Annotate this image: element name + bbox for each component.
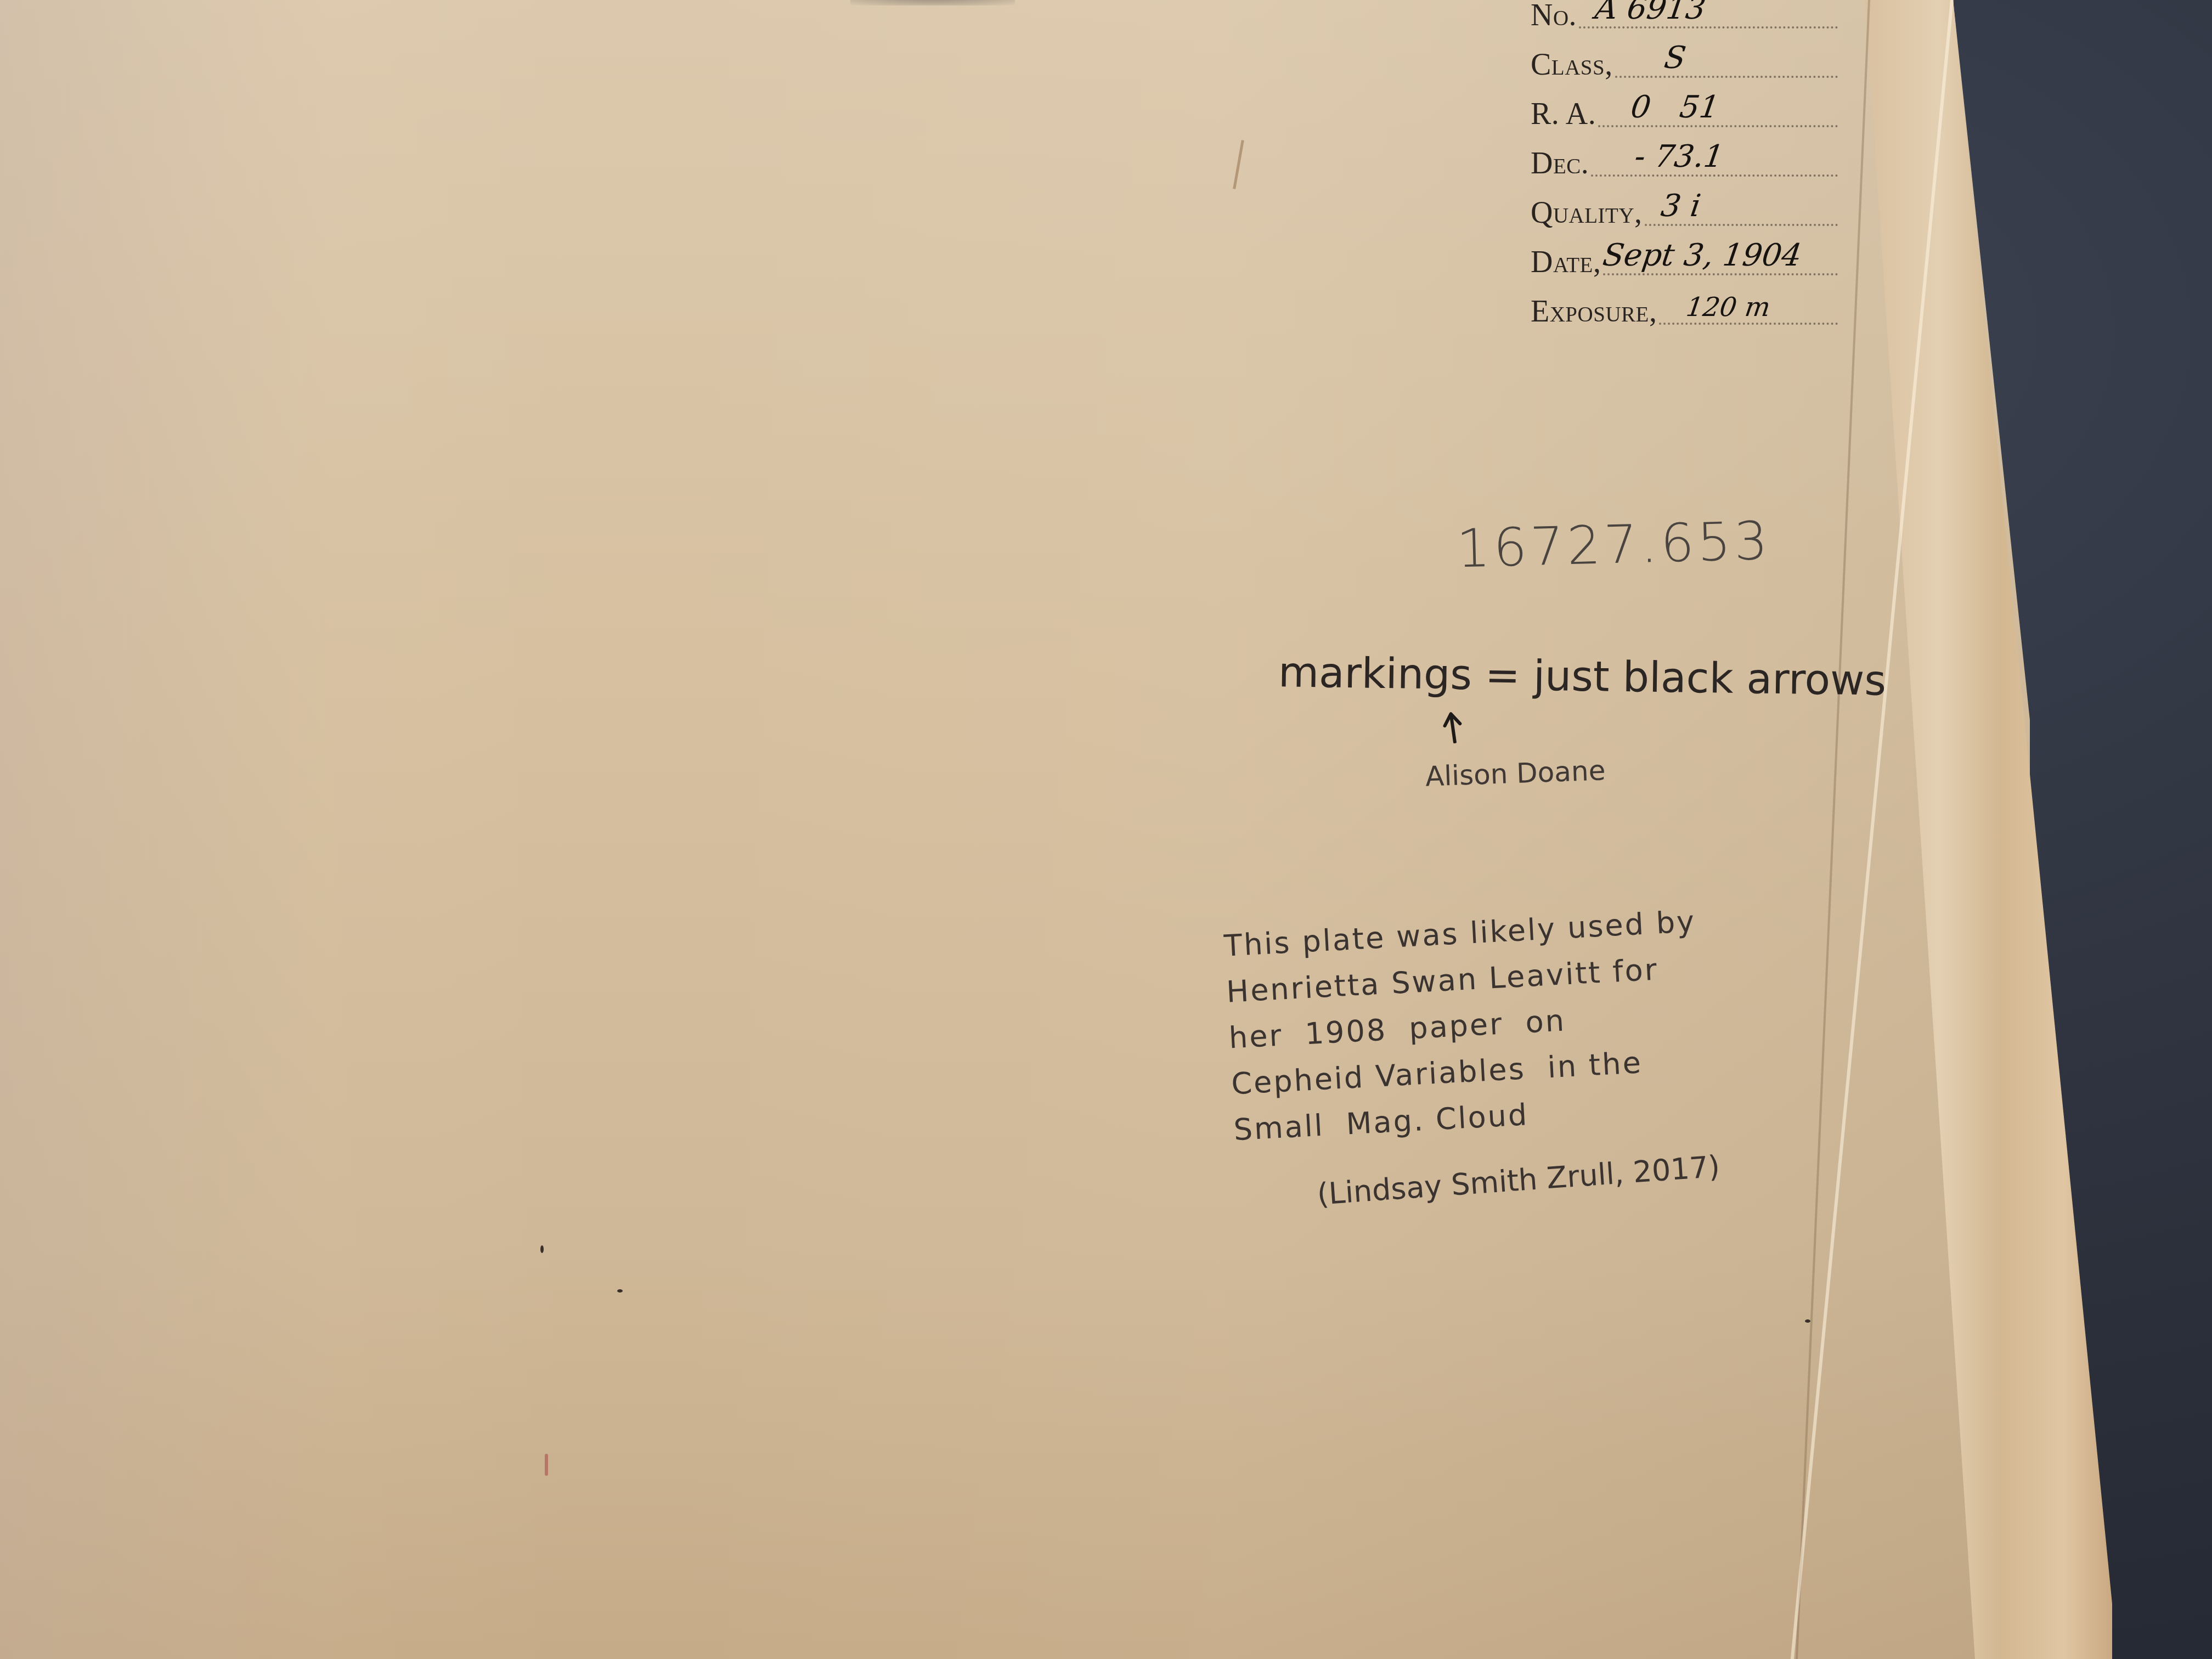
- field-label: Class,: [1531, 49, 1613, 83]
- field-label: Dec.: [1531, 148, 1589, 182]
- field-value: A 6913: [1593, 0, 1708, 24]
- field-date: Date, Sept 3, 1904: [1531, 232, 1838, 281]
- field-exposure: Exposure, 120 m: [1531, 281, 1838, 330]
- up-arrow-icon: [1440, 709, 1466, 745]
- field-label: No.: [1531, 0, 1577, 34]
- catalog-number: 16727.653: [1456, 515, 1771, 575]
- paper-speck: [617, 1289, 623, 1293]
- photo-scene: No. A 6913 Class, S R. A. 0 51 Dec. - 73…: [0, 0, 2212, 1659]
- paper-speck: [1805, 1319, 1810, 1323]
- field-dotted-line: Sept 3, 1904: [1603, 235, 1838, 275]
- field-dotted-line: A 6913: [1579, 0, 1838, 29]
- field-value: S: [1662, 43, 1688, 74]
- field-label: Date,: [1531, 247, 1601, 281]
- field-label: Exposure,: [1531, 296, 1657, 330]
- field-declination: Dec. - 73.1: [1531, 133, 1838, 182]
- top-smudge: [850, 0, 1015, 5]
- field-value: Sept 3, 1904: [1601, 240, 1804, 271]
- field-value: 120 m: [1685, 294, 1772, 320]
- field-label: Quality,: [1531, 198, 1643, 232]
- paper-speck: [540, 1245, 544, 1253]
- field-value: 0 51: [1629, 92, 1721, 123]
- field-right-ascension: R. A. 0 51: [1531, 83, 1838, 133]
- field-dotted-line: - 73.1: [1591, 136, 1838, 177]
- field-value: - 73.1: [1633, 142, 1725, 172]
- signature: Alison Doane: [1425, 757, 1606, 790]
- field-dotted-line: 3 i: [1645, 185, 1838, 226]
- field-dotted-line: S: [1615, 37, 1838, 78]
- leavitt-provenance-note: This plate was likely used by Henrietta …: [1223, 904, 1707, 1159]
- field-quality: Quality, 3 i: [1531, 182, 1838, 232]
- plate-record-fields: No. A 6913 Class, S R. A. 0 51 Dec. - 73…: [1531, 0, 1838, 330]
- field-dotted-line: 0 51: [1598, 87, 1838, 127]
- field-dotted-line: 120 m: [1659, 284, 1838, 325]
- red-mark: [545, 1454, 548, 1476]
- field-value: 3 i: [1659, 191, 1702, 222]
- field-class: Class, S: [1531, 34, 1838, 83]
- markings-note: markings = just black arrows: [1278, 651, 1887, 701]
- field-number: No. A 6913: [1531, 0, 1838, 34]
- paper-shading: [0, 0, 329, 1659]
- field-label: R. A.: [1531, 99, 1596, 133]
